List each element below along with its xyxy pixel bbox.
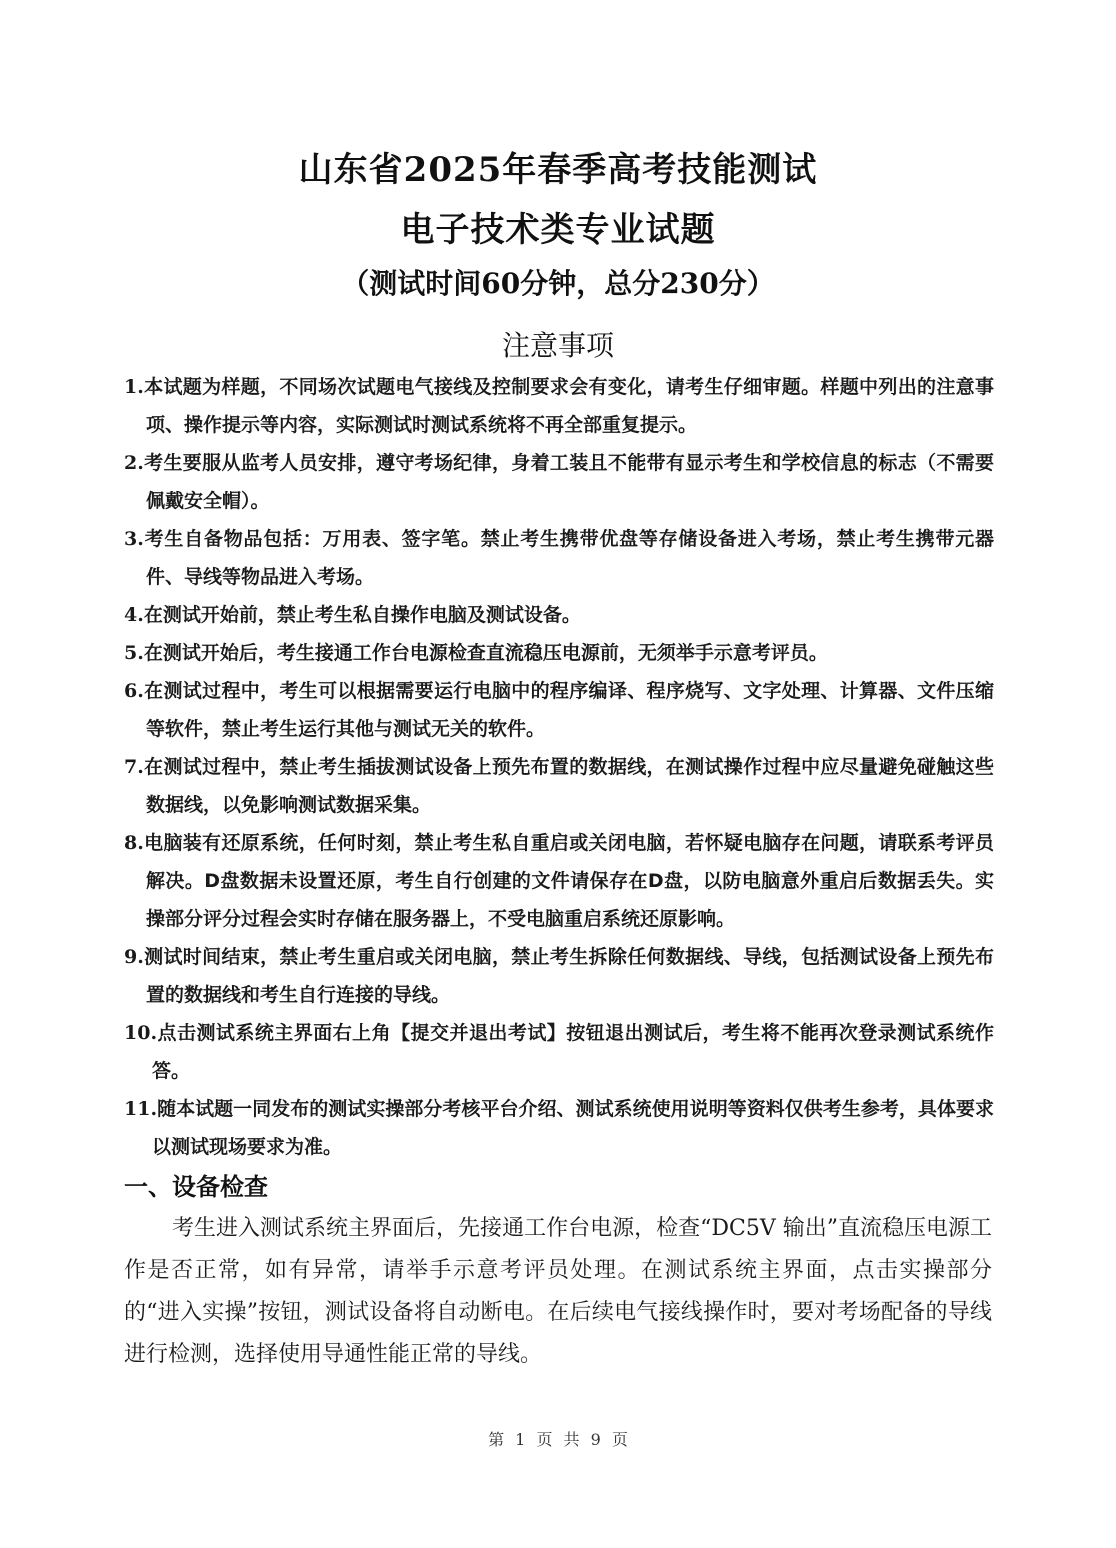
exam-title: 山东省2025年春季高考技能测试	[0, 142, 1116, 191]
notice-item: 8.电脑装有还原系统，任何时刻，禁止考生私自重启或关闭电脑，若怀疑电脑存在问题，…	[124, 824, 994, 938]
notice-item: 10.点击测试系统主界面右上角【提交并退出考试】按钮退出测试后，考生将不能再次登…	[124, 1014, 994, 1090]
exam-duration-score: （测试时间60分钟，总分230分）	[0, 262, 1116, 302]
notice-heading: 注意事项	[0, 324, 1116, 364]
notice-item: 3.考生自备物品包括：万用表、签字笔。禁止考生携带优盘等存储设备进入考场，禁止考…	[124, 520, 994, 596]
section-paragraph: 考生进入测试系统主界面后，先接通工作台电源，检查“DC5V 输出”直流稳压电源工…	[124, 1208, 992, 1376]
notice-item: 5.在测试开始后，考生接通工作台电源检查直流稳压电源前，无须举手示意考评员。	[124, 634, 994, 672]
document-page: 山东省2025年春季高考技能测试 电子技术类专业试题 （测试时间60分钟，总分2…	[0, 0, 1116, 1548]
notice-item: 9.测试时间结束，禁止考生重启或关闭电脑，禁止考生拆除任何数据线、导线，包括测试…	[124, 938, 994, 1014]
notice-item: 2.考生要服从监考人员安排，遵守考场纪律，身着工装且不能带有显示考生和学校信息的…	[124, 444, 994, 520]
notice-item: 4.在测试开始前，禁止考生私自操作电脑及测试设备。	[124, 596, 994, 634]
notice-item: 6.在测试过程中，考生可以根据需要运行电脑中的程序编译、程序烧写、文字处理、计算…	[124, 672, 994, 748]
notice-item: 1.本试题为样题，不同场次试题电气接线及控制要求会有变化，请考生仔细审题。样题中…	[124, 368, 994, 444]
notice-list: 1.本试题为样题，不同场次试题电气接线及控制要求会有变化，请考生仔细审题。样题中…	[124, 368, 994, 1166]
notice-item: 7.在测试过程中，禁止考生插拔测试设备上预先布置的数据线，在测试操作过程中应尽量…	[124, 748, 994, 824]
section-heading-equipment-check: 一、设备检查	[124, 1167, 268, 1202]
exam-subtitle: 电子技术类专业试题	[0, 202, 1116, 251]
notice-item: 11.随本试题一同发布的测试实操部分考核平台介绍、测试系统使用说明等资料仅供考生…	[124, 1090, 994, 1166]
page-number: 第 1 页 共 9 页	[0, 1427, 1116, 1450]
